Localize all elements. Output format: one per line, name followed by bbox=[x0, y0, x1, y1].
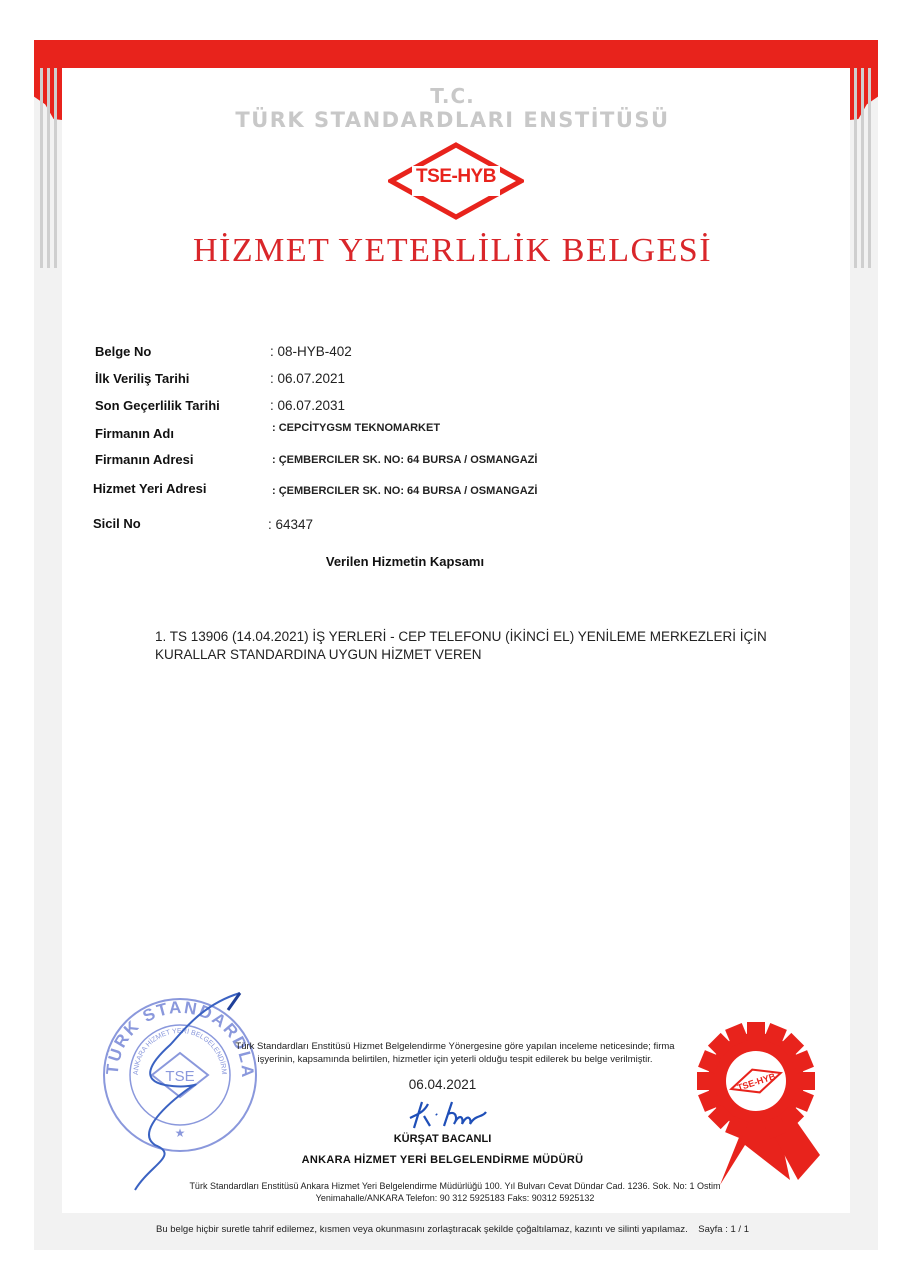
field-label: Firmanın Adı bbox=[95, 426, 174, 441]
disclaimer-line: Bu belge hiçbir suretle tahrif edilemez,… bbox=[0, 1224, 905, 1235]
field-label: Firmanın Adresi bbox=[95, 452, 193, 467]
field-label: Sicil No bbox=[93, 516, 141, 531]
rosette-seal-icon: TSE-HYB bbox=[690, 1015, 825, 1190]
institute-heading: TÜRK STANDARDLARI ENSTİTÜSÜ bbox=[0, 108, 905, 132]
page-label: Sayfa : bbox=[698, 1224, 728, 1235]
field-value: : 06.07.2031 bbox=[270, 398, 345, 413]
address-line-2: Yenimahalle/ANKARA Telefon: 90 312 59251… bbox=[140, 1192, 770, 1204]
field-value: : 08-HYB-402 bbox=[270, 344, 352, 359]
scope-title: Verilen Hizmetin Kapsamı bbox=[0, 554, 810, 569]
logo-text: TSE-HYB bbox=[388, 166, 524, 188]
certificate-title: HİZMET YETERLİLİK BELGESİ bbox=[0, 232, 905, 270]
field-value: : CEPCİTYGSM TEKNOMARKET bbox=[272, 422, 440, 434]
signature-icon bbox=[400, 1098, 490, 1132]
address-line-1: Türk Standardları Enstitüsü Ankara Hizme… bbox=[140, 1180, 770, 1192]
field-value: : 64347 bbox=[268, 517, 313, 532]
field-value: : ÇEMBERCILER SK. NO: 64 BURSA / OSMANGA… bbox=[272, 485, 537, 497]
field-value: : 06.07.2021 bbox=[270, 371, 345, 386]
country-heading: T.C. bbox=[0, 84, 905, 108]
field-label: Belge No bbox=[95, 344, 151, 359]
field-label: İlk Veriliş Tarihi bbox=[95, 371, 189, 386]
red-top-band bbox=[34, 40, 878, 68]
field-value: : ÇEMBERCILER SK. NO: 64 BURSA / OSMANGA… bbox=[272, 454, 537, 466]
disclaimer-text: Bu belge hiçbir suretle tahrif edilemez,… bbox=[156, 1224, 688, 1235]
field-label: Hizmet Yeri Adresi bbox=[93, 481, 206, 496]
scope-item: 1. TS 13906 (14.04.2021) İŞ YERLERİ - CE… bbox=[155, 628, 775, 664]
declaration-text: Türk Standardları Enstitüsü Hizmet Belge… bbox=[230, 1040, 680, 1066]
field-label: Son Geçerlilik Tarihi bbox=[95, 398, 220, 413]
page-number: 1 / 1 bbox=[731, 1224, 750, 1235]
institute-address: Türk Standardları Enstitüsü Ankara Hizme… bbox=[140, 1180, 770, 1204]
